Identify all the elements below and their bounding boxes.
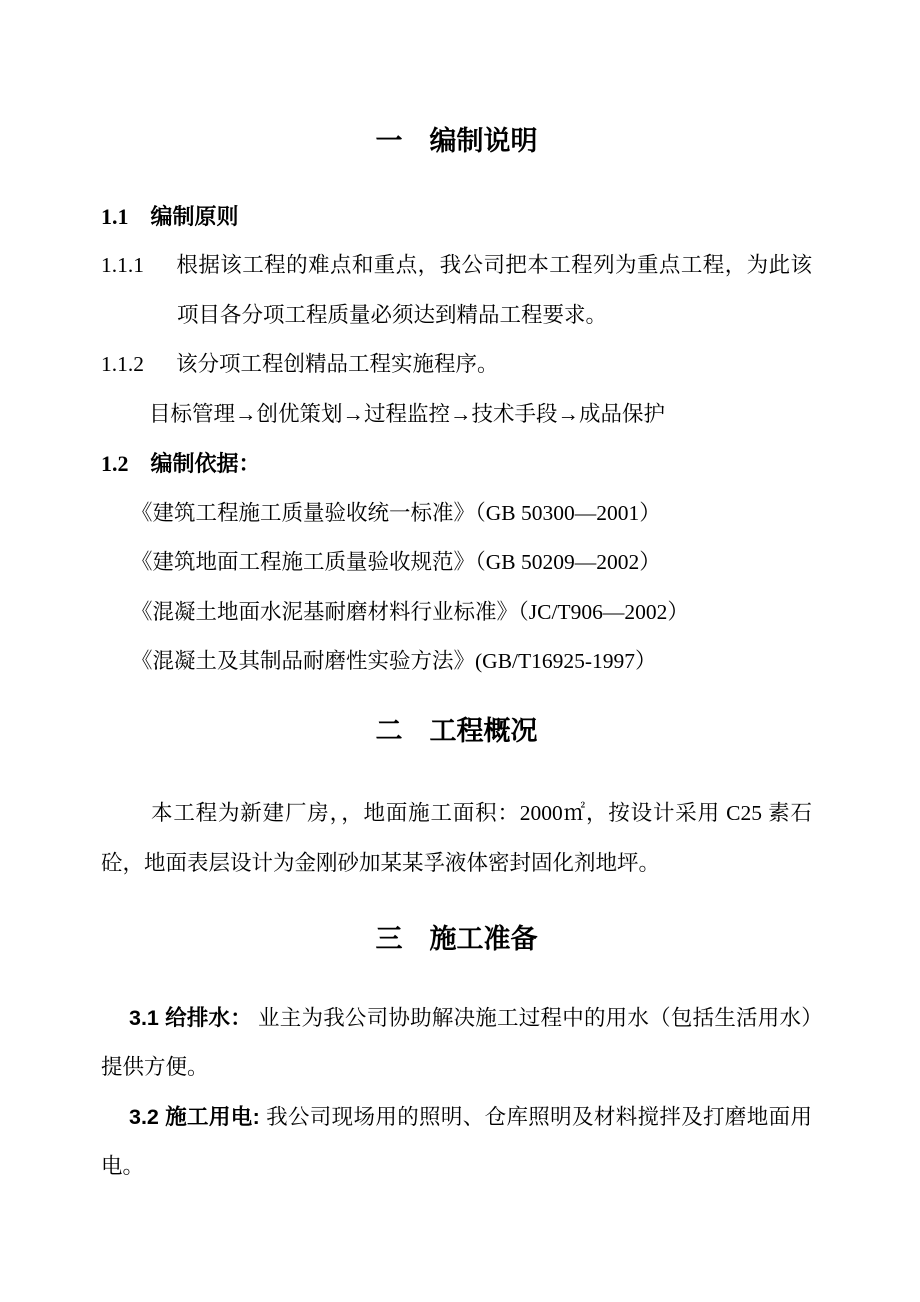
paragraph-1-1-1: 1.1.1根据该工程的难点和重点，我公司把本工程列为重点工程，为此该项目各分项工…	[101, 241, 812, 340]
paragraph-1-1-2: 1.1.2该分项工程创精品工程实施程序。	[101, 340, 812, 390]
project-overview-paragraph: 本工程为新建厂房，，地面施工面积：2000㎡，按设计采用 C25 素石砼，地面表…	[101, 789, 812, 888]
heading-1-2-number: 1.2	[101, 451, 129, 476]
reference-item: 《建筑工程施工质量验收统一标准》（GB 50300—2001）	[101, 489, 812, 539]
paragraph-1-1-1-number: 1.1.1	[101, 253, 144, 277]
heading-1-1-number: 1.1	[101, 204, 129, 229]
heading-1-1: 1.1编制原则	[101, 192, 812, 242]
paragraph-1-1-1-text: 根据该工程的难点和重点，我公司把本工程列为重点工程，为此该项目各分项工程质量必须…	[176, 253, 812, 327]
heading-1-2: 1.2编制依据：	[101, 439, 812, 489]
document-page: 一 编制说明 1.1编制原则 1.1.1根据该工程的难点和重点，我公司把本工程列…	[0, 0, 920, 1302]
heading-1-2-text: 编制依据：	[151, 451, 261, 476]
item-3-2-label: 3.2 施工用电:	[129, 1105, 260, 1129]
item-3-1: 3.1 给排水：业主为我公司协助解决施工过程中的用水（包括生活用水）提供方便。	[101, 994, 812, 1093]
reference-item: 《混凝土地面水泥基耐磨材料行业标准》（JC/T906—2002）	[101, 588, 812, 638]
section1-title: 一 编制说明	[101, 117, 812, 167]
item-3-1-label: 3.1 给排水：	[129, 1006, 252, 1030]
paragraph-1-1-2-number: 1.1.2	[101, 352, 144, 376]
reference-item: 《混凝土及其制品耐磨性实验方法》(GB/T16925-1997）	[101, 637, 812, 687]
section3-title: 三 施工准备	[101, 915, 812, 965]
paragraph-1-1-2-text: 该分项工程创精品工程实施程序。	[176, 352, 499, 376]
heading-1-1-text: 编制原则	[151, 204, 239, 229]
reference-item: 《建筑地面工程施工质量验收规范》（GB 50209—2002）	[101, 538, 812, 588]
item-3-2: 3.2 施工用电:我公司现场用的照明、仓库照明及材料搅拌及打磨地面用电。	[101, 1093, 812, 1192]
section2-title: 二 工程概况	[101, 707, 812, 757]
process-flow-line: 目标管理→创优策划→过程监控→技术手段→成品保护	[101, 390, 812, 440]
